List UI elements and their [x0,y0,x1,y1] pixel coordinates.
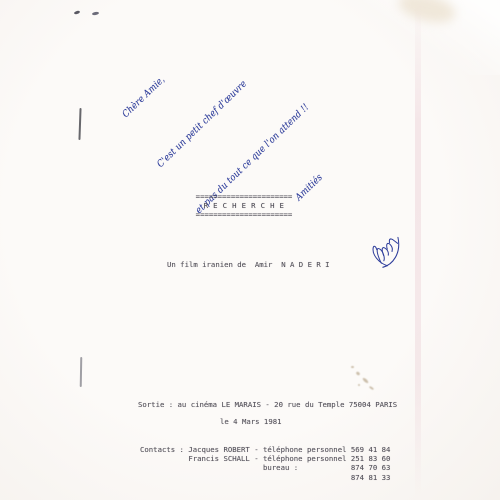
title-block: ====================== R E C H E R C H E… [190,192,298,220]
scanned-document-page: Chère Amie, C'est un petit chef d'œuvre … [0,0,500,500]
contact-line: Francis SCHALL - téléphone personnel 251… [140,454,390,463]
film-title: R E C H E R C H E [190,201,298,210]
signature-scribble [270,168,414,309]
contact-line: 874 81 33 [140,473,390,482]
title-rule-bottom: ====================== [190,210,298,219]
staple-mark [78,108,81,140]
paper-stain [351,366,354,368]
paper-stain [362,377,369,384]
contacts-block: Contacts : Jacques ROBERT - téléphone pe… [140,445,390,482]
staple-mark [80,357,83,387]
handwritten-dedication: Chère Amie, C'est un petit chef d'œuvre … [80,0,276,165]
paper-stain [358,384,360,386]
paper-stain [356,371,361,376]
film-byline: Un film iranien de Amir N A D E R I [167,260,330,269]
signature-icon [364,226,413,274]
release-date-line: le 4 Mars 1981 [220,417,282,426]
contact-line: Contacts : Jacques ROBERT - téléphone pe… [140,445,390,454]
ink-speck [74,10,81,15]
paper-stain [369,386,374,390]
ink-speck [92,11,99,15]
release-info-line: Sortie : au cinéma LE MARAIS - 20 rue du… [138,400,397,409]
title-rule-top: ====================== [190,192,298,201]
contact-line: bureau : 874 70 63 [140,463,390,472]
